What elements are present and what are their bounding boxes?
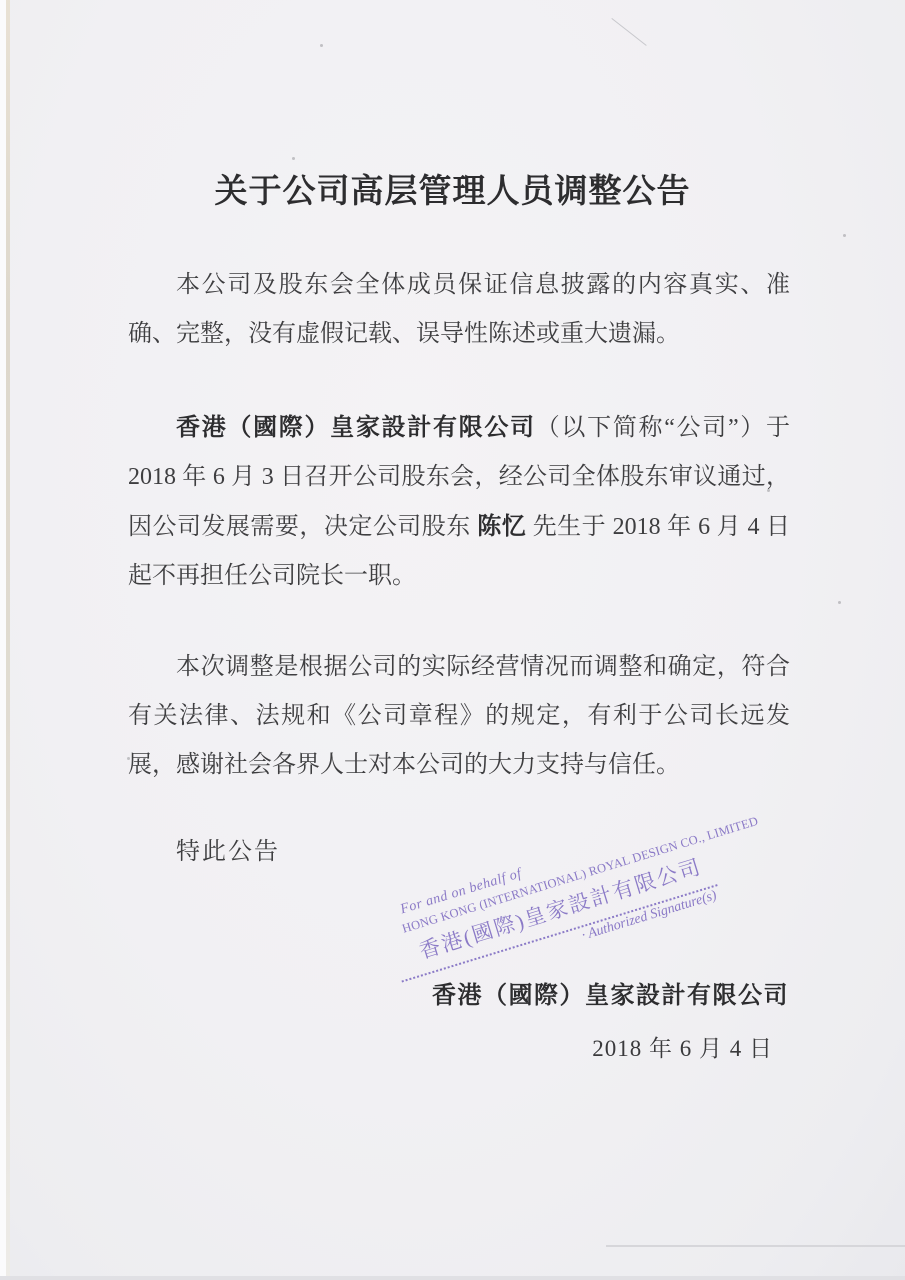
closing-phrase: 特此公告 [176, 831, 280, 866]
signature-company-name: 香港（國際）皇家設計有限公司 [432, 975, 789, 1010]
fold-crease-mark [611, 18, 646, 46]
announcement-title: 关于公司高层管理人员调整公告 [0, 165, 905, 212]
paragraph-decision: 香港（國際）皇家設計有限公司（以下简称“公司”）于 2018 年 6 月 3 日… [128, 403, 790, 601]
scan-bottom-line [606, 1245, 905, 1247]
company-stamp: For and on behalf of HONG KONG (INTERNAT… [395, 816, 711, 994]
scan-speck [320, 44, 323, 47]
signature-date: 2018 年 6 月 4 日 [592, 1030, 773, 1063]
paragraph-guarantee: 本公司及股东会全体成员保证信息披露的内容真实、准确、完整，没有虚假记载、误导性陈… [128, 261, 790, 359]
scan-speck [838, 601, 841, 604]
scan-speck [292, 157, 295, 160]
scan-speck [843, 234, 846, 237]
scanned-document-page: 关于公司高层管理人员调整公告 本公司及股东会全体成员保证信息披露的内容真实、准确… [0, 0, 905, 1280]
paragraph-statement: 本次调整是根据公司的实际经营情况而调整和确定，符合有关法律、法规和《公司章程》的… [128, 643, 790, 790]
scan-bottom-edge [0, 1276, 905, 1280]
person-name: 陈忆 [477, 513, 526, 540]
company-name-inline: 香港（國際）皇家設計有限公司 [176, 414, 536, 441]
